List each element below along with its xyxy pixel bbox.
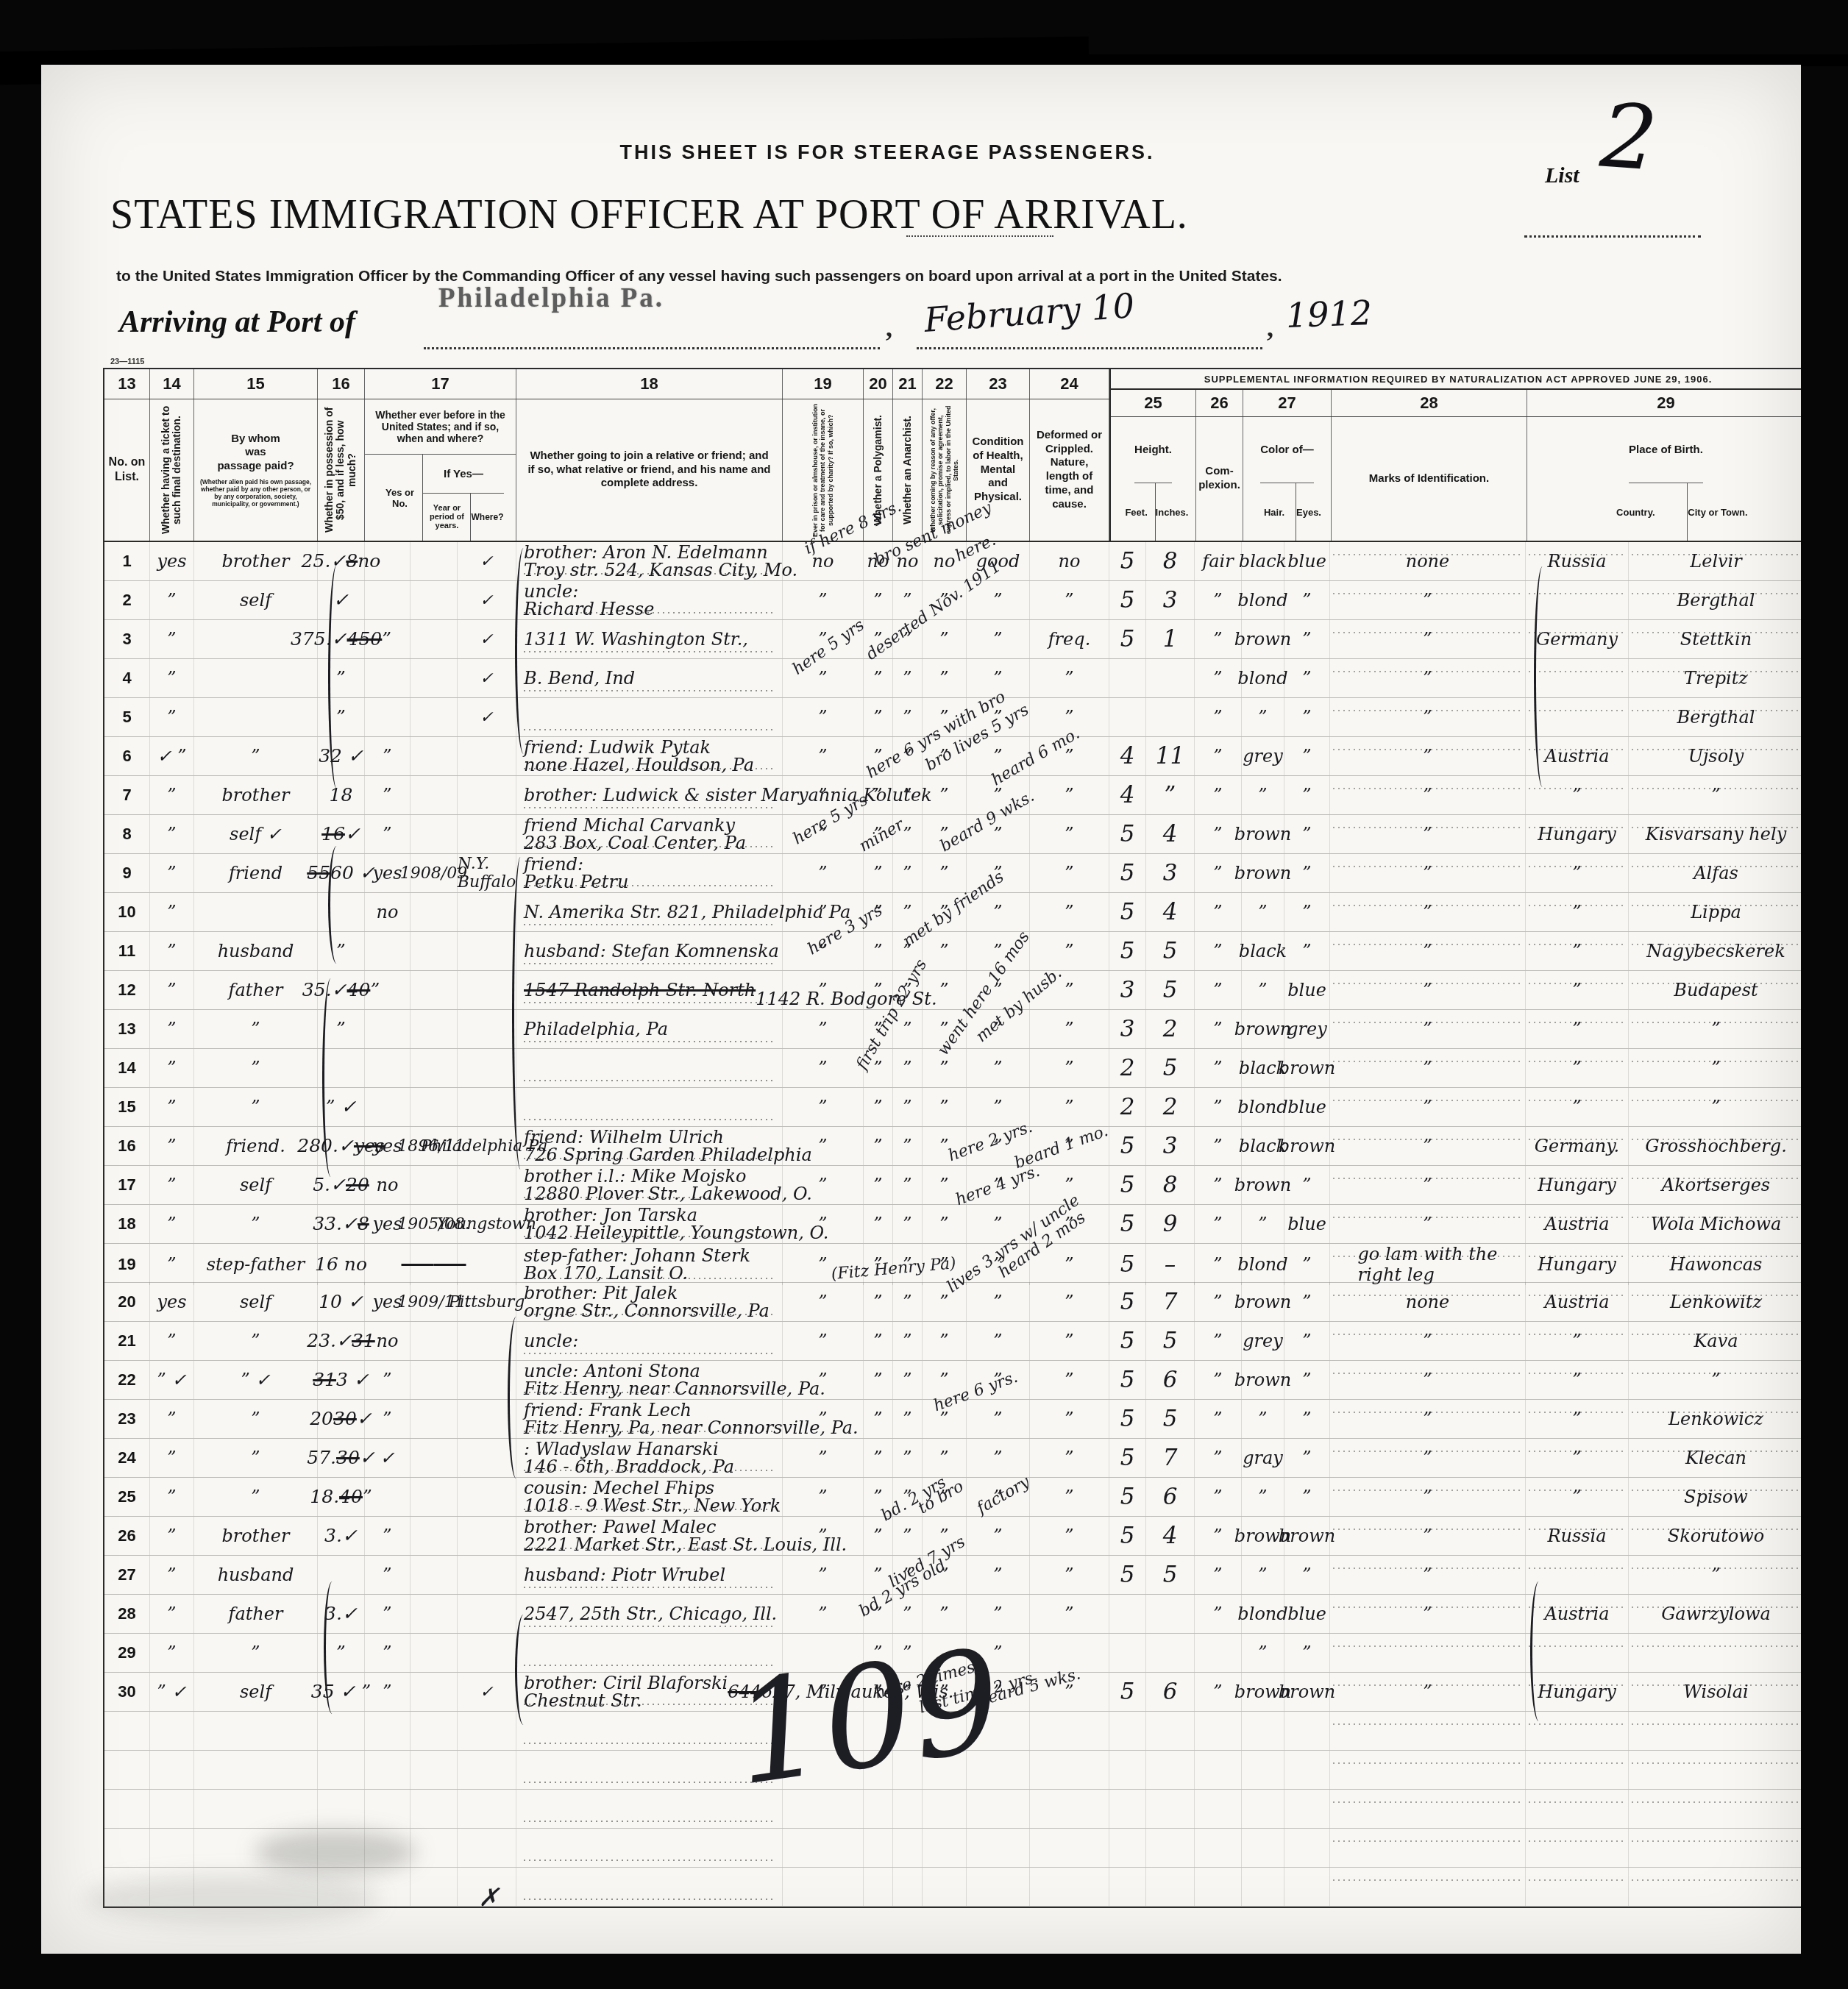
cell-c18: friend:Petku Petru — [516, 854, 783, 892]
cell-c17c — [458, 1088, 516, 1126]
cell-marks: ” — [1330, 893, 1526, 931]
cell-c23: ” — [967, 1283, 1030, 1321]
cell-c15: ” ✓ — [194, 1361, 318, 1399]
cell-n: 26 — [104, 1517, 150, 1555]
cell-c24: no — [1030, 542, 1109, 580]
col29-country-label: Country. — [1584, 483, 1688, 541]
cell-c17c: ✓ — [458, 542, 516, 580]
cell-ft: 5 — [1109, 1166, 1146, 1204]
cell-eyes: brown — [1284, 1517, 1330, 1555]
cell-c17b — [411, 1556, 458, 1594]
cell-c15 — [194, 1751, 318, 1789]
cell-c16: 10 ✓ — [318, 1283, 365, 1321]
cell-country: ” — [1526, 1322, 1629, 1360]
col15-label-3: passage paid? — [217, 460, 294, 474]
cell-c15: ” — [194, 1088, 318, 1126]
table-row: 17”self5.✓ 20nobrother i.l.: Mike Mojsko… — [104, 1166, 1801, 1205]
cell-marks: ” — [1330, 1166, 1526, 1204]
cell-c14: ” — [150, 1400, 194, 1438]
cell-c17b — [411, 1166, 458, 1204]
cell-cx: ” — [1195, 1439, 1242, 1477]
cell-marks: ” — [1330, 1595, 1526, 1633]
cell-eyes — [1284, 1829, 1330, 1867]
cell-inch: 6 — [1146, 1673, 1195, 1711]
col14-number: 14 — [150, 369, 194, 399]
cell-country: ” — [1526, 1049, 1629, 1087]
cell-marks: ” — [1330, 1517, 1526, 1555]
cell-c16: 16 no — [318, 1244, 365, 1285]
cell-c18: uncle:Richard Hesse — [516, 581, 783, 619]
table-row: 12”father35.✓40 ”1547 Randolph Str. Nort… — [104, 971, 1801, 1010]
cell-c17a — [365, 1790, 411, 1828]
cell-c18: step-father: Johann SterkBox 170, Lansit… — [516, 1244, 783, 1285]
cell-c17b — [411, 542, 458, 580]
cell-inch: 3 — [1146, 854, 1195, 892]
cell-eyes: ” — [1284, 1478, 1330, 1516]
cell-inch: 3 — [1146, 1127, 1195, 1165]
arrival-date-handwritten: February 10 — [923, 285, 1135, 340]
cell-c18: 1547 Randolph Str. North1142 R. Bodgore … — [516, 971, 783, 1009]
cell-c18: brother: Pawel Malec2221 Market Str., Ea… — [516, 1517, 783, 1555]
cell-c17a: ” — [365, 1517, 411, 1555]
cell-ft: 4 — [1109, 776, 1146, 814]
cell-c17a — [365, 1010, 411, 1048]
cell-c17a — [365, 1088, 411, 1126]
cell-inch — [1146, 1712, 1195, 1750]
cell-c14: ” — [150, 1478, 194, 1516]
cell-c18: brother: Jon Tarska1042 Heileypittle, Yo… — [516, 1205, 783, 1243]
cell-n: 2 — [104, 581, 150, 619]
cell-inch — [1146, 1595, 1195, 1633]
cell-n: 22 — [104, 1361, 150, 1399]
cell-c21: ” — [893, 1205, 923, 1243]
cell-c21 — [893, 1868, 923, 1906]
cell-hair: grey — [1242, 737, 1284, 775]
cell-c21: ” — [893, 1322, 923, 1360]
cell-ft: 5 — [1109, 1244, 1146, 1285]
cell-city: Skorutowo — [1629, 1517, 1801, 1555]
brace — [328, 565, 344, 789]
brace — [1530, 1581, 1546, 1721]
cell-city: Lenkowitz — [1629, 1283, 1801, 1321]
cell-eyes: ” — [1284, 581, 1330, 619]
cell-inch: 7 — [1146, 1439, 1195, 1477]
cell-c14: ” — [150, 1205, 194, 1243]
cell-c23 — [967, 1790, 1030, 1828]
cell-n — [104, 1712, 150, 1750]
cell-marks: ” — [1330, 1673, 1526, 1711]
cell-c18: brother: Aron N. EdelmannTroy str. 524, … — [516, 542, 783, 580]
cell-c24 — [1030, 1868, 1109, 1906]
cell-c23 — [967, 1829, 1030, 1867]
cell-c19 — [783, 1868, 864, 1906]
cell-c17c — [458, 893, 516, 931]
cell-c17b — [411, 1751, 458, 1789]
cell-c18: : Wladyslaw Hanarski146 - 6th, Braddock,… — [516, 1439, 783, 1477]
cell-city: Budapest — [1629, 971, 1801, 1009]
cell-inch: – — [1146, 1244, 1195, 1285]
cell-c15: brother — [194, 542, 318, 580]
cell-marks: ” — [1330, 1049, 1526, 1087]
cell-marks: ” — [1330, 1205, 1526, 1243]
cell-marks: ” — [1330, 1010, 1526, 1048]
brace — [328, 846, 344, 964]
cell-ft: 5 — [1109, 1205, 1146, 1243]
cell-c20: ” — [864, 698, 893, 736]
cell-cx: ” — [1195, 971, 1242, 1009]
table-row — [104, 1790, 1801, 1829]
cell-n: 6 — [104, 737, 150, 775]
cell-inch: 4 — [1146, 1517, 1195, 1555]
cell-c24: ” — [1030, 932, 1109, 970]
cell-hair: brown — [1242, 1361, 1284, 1399]
cell-c17a — [365, 581, 411, 619]
cell-hair: ” — [1242, 971, 1284, 1009]
cell-c17a: no — [365, 1322, 411, 1360]
cell-ft: 5 — [1109, 1127, 1146, 1165]
col27-eyes-label: Eyes. — [1296, 483, 1321, 541]
cell-city: ” — [1629, 1361, 1801, 1399]
table-row: 14””””””””25”blackbrown””” — [104, 1049, 1801, 1088]
cell-country: ” — [1526, 854, 1629, 892]
cell-ft — [1109, 698, 1146, 736]
cell-c15: self — [194, 581, 318, 619]
cell-c17a — [365, 1751, 411, 1789]
col25-number: 25 — [1111, 390, 1196, 416]
cell-inch: 6 — [1146, 1478, 1195, 1516]
cell-city: Kisvarsany hely — [1629, 815, 1801, 853]
cell-country: Russia — [1526, 1517, 1629, 1555]
table-row: 9”friend55 60 ✓yes1908/09N.Y.Buffalofrie… — [104, 854, 1801, 893]
cell-c19: ” — [783, 971, 864, 1009]
cell-c23: ” — [967, 620, 1030, 658]
cell-c15: friend — [194, 854, 318, 892]
cell-city: Alfas — [1629, 854, 1801, 892]
cell-c18: cousin: Mechel Fhips1018 - 9 West Str., … — [516, 1478, 783, 1516]
cell-cx: ” — [1195, 581, 1242, 619]
col23-number: 23 — [967, 369, 1030, 399]
cell-marks: ” — [1330, 971, 1526, 1009]
cell-c22: ” — [923, 1439, 967, 1477]
cell-c18: husband: Piotr Wrubel — [516, 1556, 783, 1594]
col17-number: 17 — [365, 369, 516, 399]
cell-c18: N. Amerika Str. 821, Philadelphia Pa — [516, 893, 783, 931]
cell-c14: ” — [150, 1127, 194, 1165]
cell-c21: ” — [893, 1361, 923, 1399]
cell-c17b — [411, 932, 458, 970]
cell-c23: ” — [967, 1049, 1030, 1087]
cell-c14: ” — [150, 1439, 194, 1477]
cell-city: Stettkin — [1629, 620, 1801, 658]
cell-c18: brother: Pit Jalekorgne Str., Connorsvil… — [516, 1283, 783, 1321]
cell-n: 7 — [104, 776, 150, 814]
cell-c15: self — [194, 1283, 318, 1321]
cell-country: ” — [1526, 1478, 1629, 1516]
col19-label: Ever in prison or almshouse, or institut… — [811, 402, 834, 538]
cell-cx: ” — [1195, 698, 1242, 736]
cell-marks: ” — [1330, 620, 1526, 658]
cell-c14: ” — [150, 1088, 194, 1126]
cell-hair: brown — [1242, 620, 1284, 658]
cell-c24: ” — [1030, 893, 1109, 931]
cell-marks: ” — [1330, 1439, 1526, 1477]
cell-c17b — [411, 1049, 458, 1087]
col15-label-1: By whom — [231, 433, 280, 446]
cell-c14: ” — [150, 1010, 194, 1048]
brace — [515, 1615, 530, 1725]
cell-c16: 31 3 ✓ — [318, 1361, 365, 1399]
cell-eyes: blue — [1284, 1205, 1330, 1243]
cell-c17b — [411, 659, 458, 697]
cell-eyes: ” — [1284, 854, 1330, 892]
cell-country: Hungary — [1526, 1244, 1629, 1285]
cell-c15: ” — [194, 737, 318, 775]
cell-c14: ” — [150, 620, 194, 658]
cell-eyes: blue — [1284, 542, 1330, 580]
cell-c24: ” — [1030, 1088, 1109, 1126]
cell-n: 15 — [104, 1088, 150, 1126]
cell-c19: ” — [783, 1283, 864, 1321]
cell-ft — [1109, 1634, 1146, 1672]
cell-c24: ” — [1030, 1478, 1109, 1516]
cell-inch — [1146, 659, 1195, 697]
cell-cx — [1195, 1634, 1242, 1672]
cell-c23 — [967, 1868, 1030, 1906]
cell-c17a — [365, 659, 411, 697]
cell-c21 — [893, 1829, 923, 1867]
cell-city: Ujsoly — [1629, 737, 1801, 775]
col17-ifyes-label: If Yes— — [423, 455, 503, 494]
cell-eyes — [1284, 1712, 1330, 1750]
cell-hair: brown — [1242, 1283, 1284, 1321]
cell-c19: ” — [783, 698, 864, 736]
cell-ft — [1109, 1712, 1146, 1750]
cell-c15: brother — [194, 1517, 318, 1555]
cell-eyes: ” — [1284, 659, 1330, 697]
table-row: 15””” ✓””””””22”blondblue””” — [104, 1088, 1801, 1127]
cell-c16 — [318, 1751, 365, 1789]
cell-hair — [1242, 1790, 1284, 1828]
cell-hair: brown — [1242, 815, 1284, 853]
cell-c21: ” — [893, 698, 923, 736]
cell-hair: blond — [1242, 1244, 1284, 1285]
cell-ft — [1109, 659, 1146, 697]
cell-marks: none — [1330, 542, 1526, 580]
cell-c18: 1311 W. Washington Str., — [516, 620, 783, 658]
cell-cx: ” — [1195, 932, 1242, 970]
cell-c14: ” — [150, 581, 194, 619]
col17-where-label: Where? — [471, 494, 503, 541]
cell-c15: self — [194, 1166, 318, 1204]
cell-c24 — [1030, 1751, 1109, 1789]
cell-n: 30 — [104, 1673, 150, 1711]
cell-c24: ” — [1030, 854, 1109, 892]
cell-marks: none — [1330, 1283, 1526, 1321]
cell-city: ” — [1629, 776, 1801, 814]
cell-c17a — [365, 971, 411, 1009]
cell-eyes: ” — [1284, 932, 1330, 970]
cell-inch: 9 — [1146, 1205, 1195, 1243]
cell-c17c — [458, 1517, 516, 1555]
cell-c17c — [458, 737, 516, 775]
cell-c18: Philadelphia, Pa — [516, 1010, 783, 1048]
cell-cx: ” — [1195, 1478, 1242, 1516]
cell-hair — [1242, 1751, 1284, 1789]
cell-marks: ” — [1330, 1088, 1526, 1126]
cell-cx: ” — [1195, 893, 1242, 931]
cell-country: Austria — [1526, 1205, 1629, 1243]
cell-inch — [1146, 1634, 1195, 1672]
cell-c17b — [411, 1088, 458, 1126]
brace — [1534, 566, 1549, 787]
col15-note: (Whether alien paid his own passage, whe… — [197, 478, 314, 508]
cell-c14: ” — [150, 1049, 194, 1087]
cell-c19: ” — [783, 1205, 864, 1243]
cell-c17c — [458, 1829, 516, 1867]
cell-country — [1526, 1751, 1629, 1789]
cell-marks — [1330, 1751, 1526, 1789]
cell-c15 — [194, 698, 318, 736]
cell-ft: 5 — [1109, 893, 1146, 931]
cell-c15: ” — [194, 1634, 318, 1672]
cell-c17c: ✓ — [458, 698, 516, 736]
cell-hair: ” — [1242, 1400, 1284, 1438]
cell-c22: ” — [923, 971, 967, 1009]
cell-inch — [1146, 1829, 1195, 1867]
cell-n: 21 — [104, 1322, 150, 1360]
cell-n: 23 — [104, 1400, 150, 1438]
cell-marks: ” — [1330, 659, 1526, 697]
cell-ft: 5 — [1109, 1361, 1146, 1399]
cell-city: ” — [1629, 1049, 1801, 1087]
cell-eyes — [1284, 1751, 1330, 1789]
date-rule — [917, 347, 1262, 349]
cell-c22: ” — [923, 854, 967, 892]
cell-hair: blond — [1242, 659, 1284, 697]
cell-hair — [1242, 1712, 1284, 1750]
cell-c17a — [365, 542, 411, 580]
cell-c17a — [365, 1712, 411, 1750]
cell-c17b — [411, 776, 458, 814]
cell-c19: ” — [783, 581, 864, 619]
cell-c14 — [150, 1829, 194, 1867]
cell-c15: ” — [194, 1478, 318, 1516]
cell-ft: 5 — [1109, 542, 1146, 580]
col26-number: 26 — [1196, 390, 1243, 416]
cell-c21: ” — [893, 1439, 923, 1477]
cell-ft: 5 — [1109, 581, 1146, 619]
cell-c17b — [411, 698, 458, 736]
cell-c18: uncle: — [516, 1322, 783, 1360]
col17-year-label: Year or period of years. — [423, 494, 471, 541]
cell-c17a — [365, 1478, 411, 1516]
cell-hair: blond — [1242, 1088, 1284, 1126]
cell-c15: ” — [194, 1205, 318, 1243]
cell-c20: ” — [864, 1400, 893, 1438]
cell-c20: ” — [864, 1205, 893, 1243]
cell-marks: ” — [1330, 1361, 1526, 1399]
cell-hair: ” — [1242, 1634, 1284, 1672]
cell-c19: ” — [783, 1439, 864, 1477]
cell-eyes — [1284, 1790, 1330, 1828]
cell-c19: ” — [783, 1049, 864, 1087]
cell-c22: ” — [923, 620, 967, 658]
col21-label: Whether an Anarchist. — [902, 416, 913, 524]
list-label: List — [1545, 163, 1579, 188]
cell-inch: 5 — [1146, 932, 1195, 970]
cell-c17c — [458, 1010, 516, 1048]
cell-c21: ” — [893, 1283, 923, 1321]
cell-c17a: ” — [365, 776, 411, 814]
cell-c24 — [1030, 1790, 1109, 1828]
col17-yesno-label: Yes or No. — [377, 455, 423, 541]
cell-eyes: brown — [1284, 1127, 1330, 1165]
cell-c17b — [411, 1712, 458, 1750]
cell-c19: ” — [783, 1556, 864, 1594]
cell-c17b — [411, 1595, 458, 1633]
cell-inch: 4 — [1146, 893, 1195, 931]
cell-hair: ” — [1242, 698, 1284, 736]
cell-n: 1 — [104, 542, 150, 580]
cell-city: Trepitz — [1629, 659, 1801, 697]
cell-inch: ” — [1146, 776, 1195, 814]
cell-city: Bergthal — [1629, 581, 1801, 619]
cell-hair: black — [1242, 542, 1284, 580]
cell-hair: brown — [1242, 1166, 1284, 1204]
cell-cx: ” — [1195, 1127, 1242, 1165]
cell-c21: ” — [893, 1049, 923, 1087]
cell-c15: ” — [194, 1049, 318, 1087]
cell-inch — [1146, 1790, 1195, 1828]
cell-inch: 5 — [1146, 1322, 1195, 1360]
cell-c23: ” — [967, 1400, 1030, 1438]
cell-c16: 57. 30 ✓ — [318, 1439, 365, 1477]
cell-c16 — [318, 1556, 365, 1594]
cell-marks — [1330, 1790, 1526, 1828]
cell-c24: freq. — [1030, 620, 1109, 658]
col27-label: Color of— — [1260, 417, 1314, 483]
cell-c22 — [923, 1829, 967, 1867]
cell-c20: ” — [864, 1088, 893, 1126]
cell-city: Nagybecskerek — [1629, 932, 1801, 970]
cell-c15 — [194, 659, 318, 697]
cell-c18 — [516, 1829, 783, 1867]
cell-ft: 5 — [1109, 815, 1146, 853]
cell-c15: self — [194, 1673, 318, 1711]
cell-c18: uncle: Antoni StonaFitz Henry, near Cann… — [516, 1361, 783, 1399]
cell-c17c — [458, 1049, 516, 1087]
cell-c17c: Pittsburg — [458, 1283, 516, 1321]
cell-c17c — [458, 1322, 516, 1360]
cell-country: Hungary — [1526, 1166, 1629, 1204]
year-comma: , — [1267, 312, 1273, 343]
cell-c17c: Youngstown — [458, 1205, 516, 1243]
cell-ft: 5 — [1109, 620, 1146, 658]
cell-city — [1629, 1634, 1801, 1672]
cell-c17c: ✓ — [458, 659, 516, 697]
cell-c14: ” — [150, 1595, 194, 1633]
cell-hair: black — [1242, 932, 1284, 970]
page-subtitle: to the United States Immigration Officer… — [116, 268, 1735, 285]
col27-hair-label: Hair. — [1253, 483, 1296, 541]
cell-country: ” — [1526, 932, 1629, 970]
cell-c17c: Philadelphia Pa. — [458, 1127, 516, 1165]
cell-city: Hawoncas — [1629, 1244, 1801, 1285]
cell-c17b — [411, 1829, 458, 1867]
cell-marks — [1330, 1634, 1526, 1672]
cell-hair: ” — [1242, 1556, 1284, 1594]
brace — [515, 548, 530, 754]
